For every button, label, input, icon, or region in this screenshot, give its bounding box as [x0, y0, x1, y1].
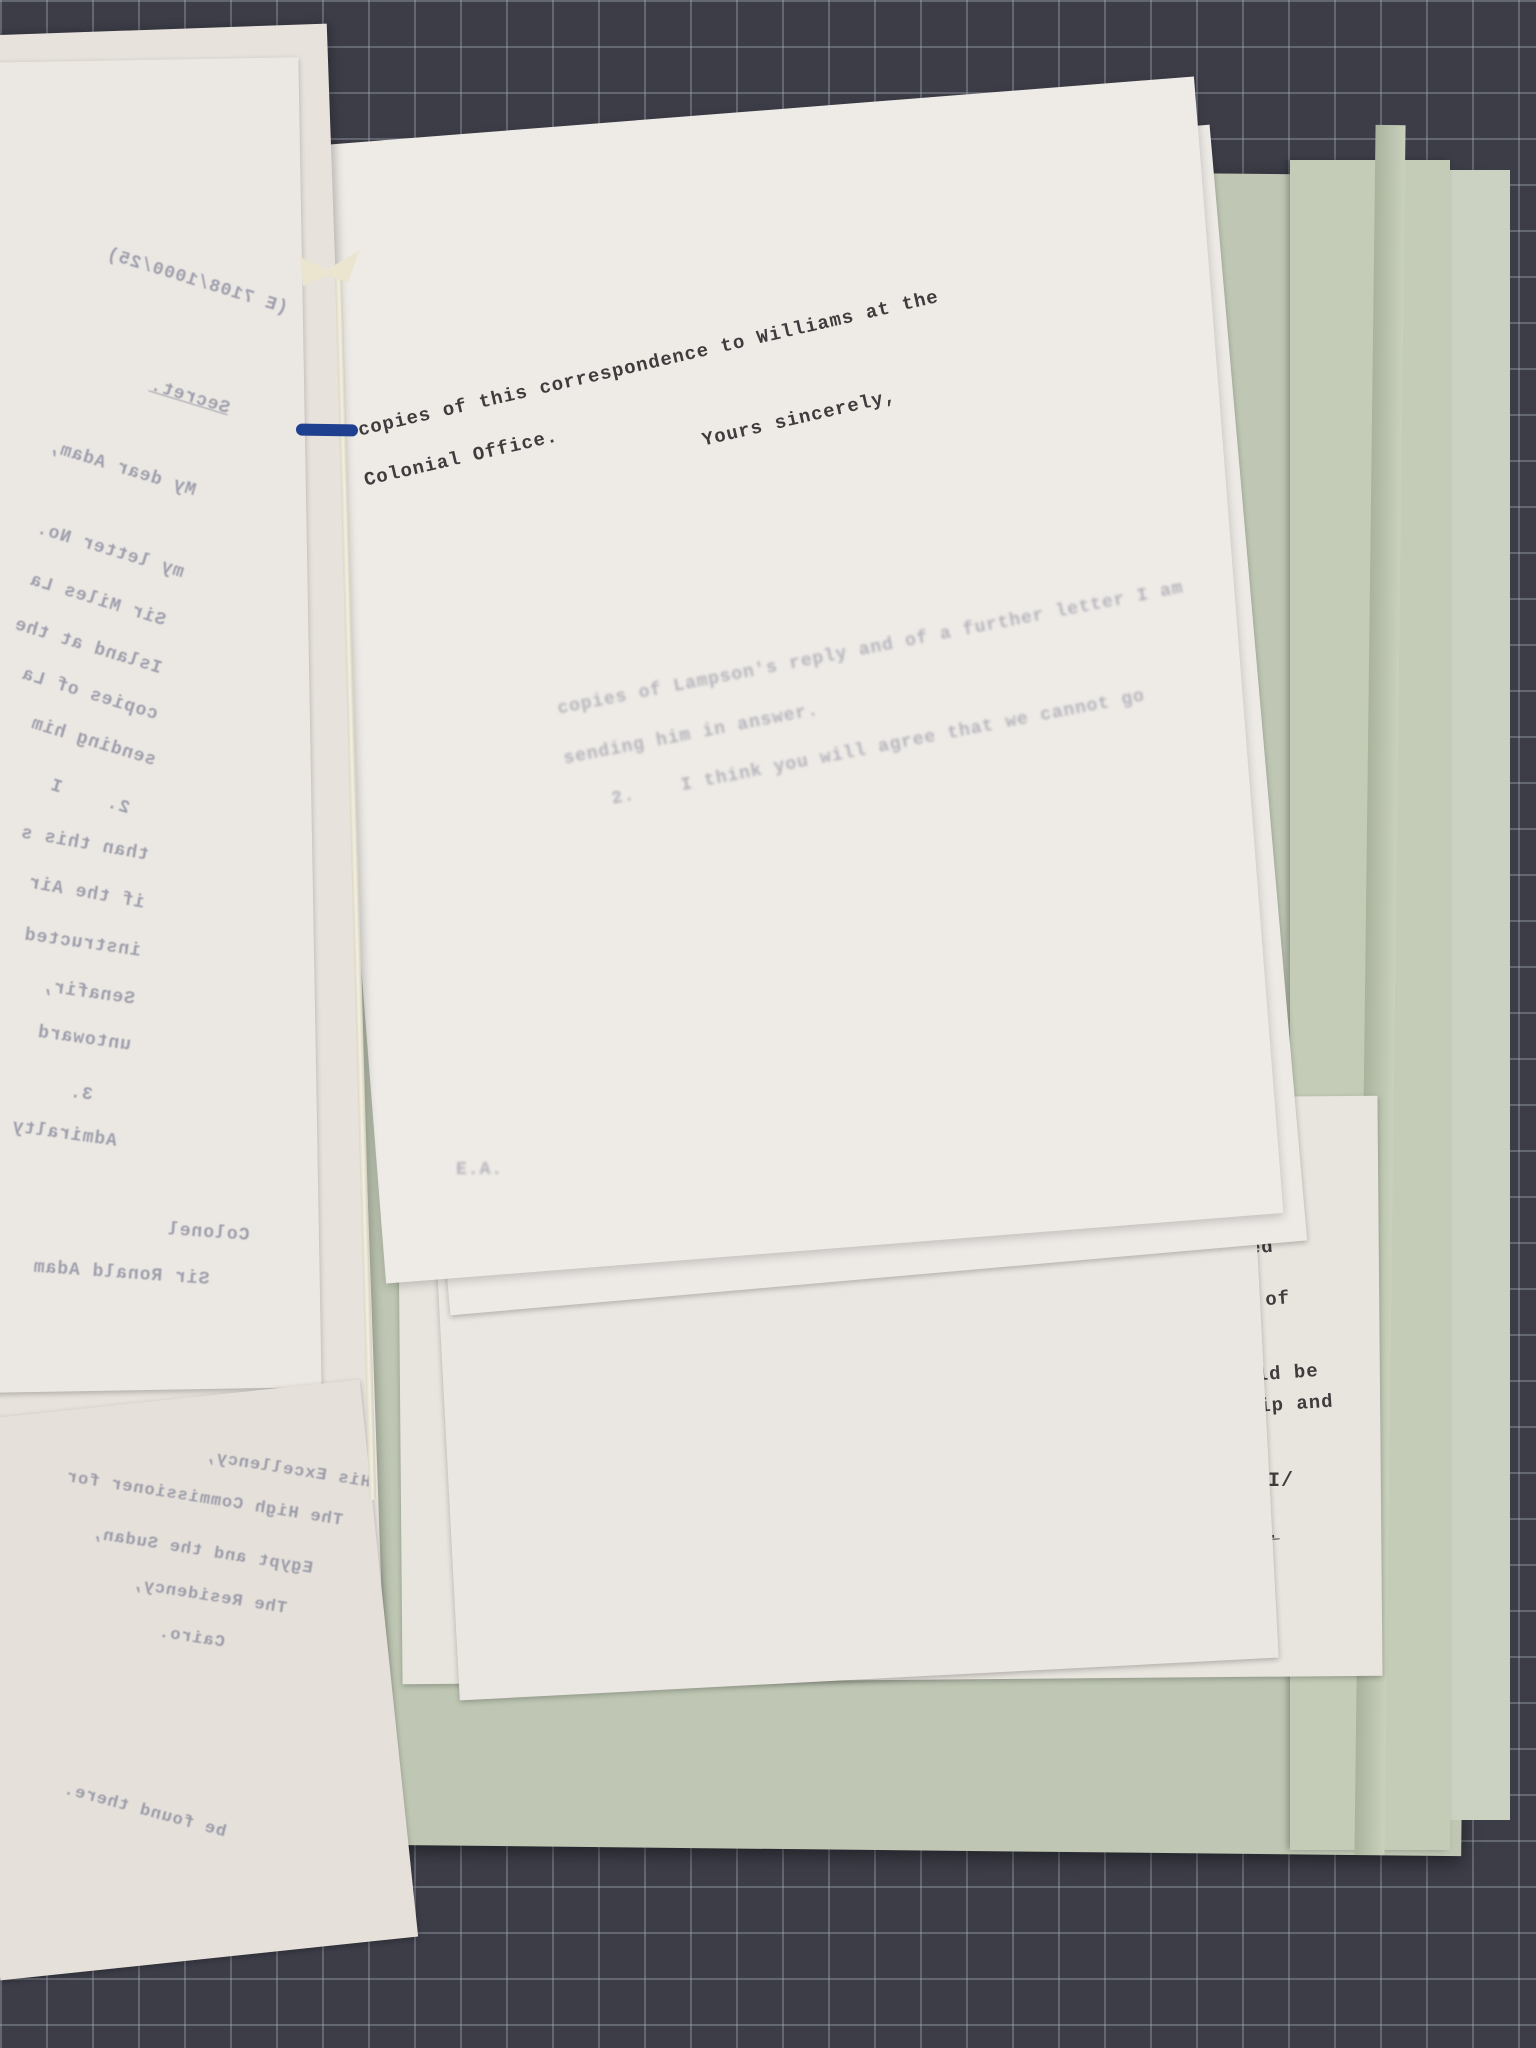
page-marker: I/ [1268, 1470, 1294, 1493]
blue-string-tag [296, 423, 358, 436]
letter-sheet-top [297, 76, 1284, 1283]
left-slip-bottom [0, 1380, 418, 1981]
show-through-initials: E.A. [456, 1160, 503, 1180]
mirrored-fragment-12: 3. [68, 1083, 94, 1106]
